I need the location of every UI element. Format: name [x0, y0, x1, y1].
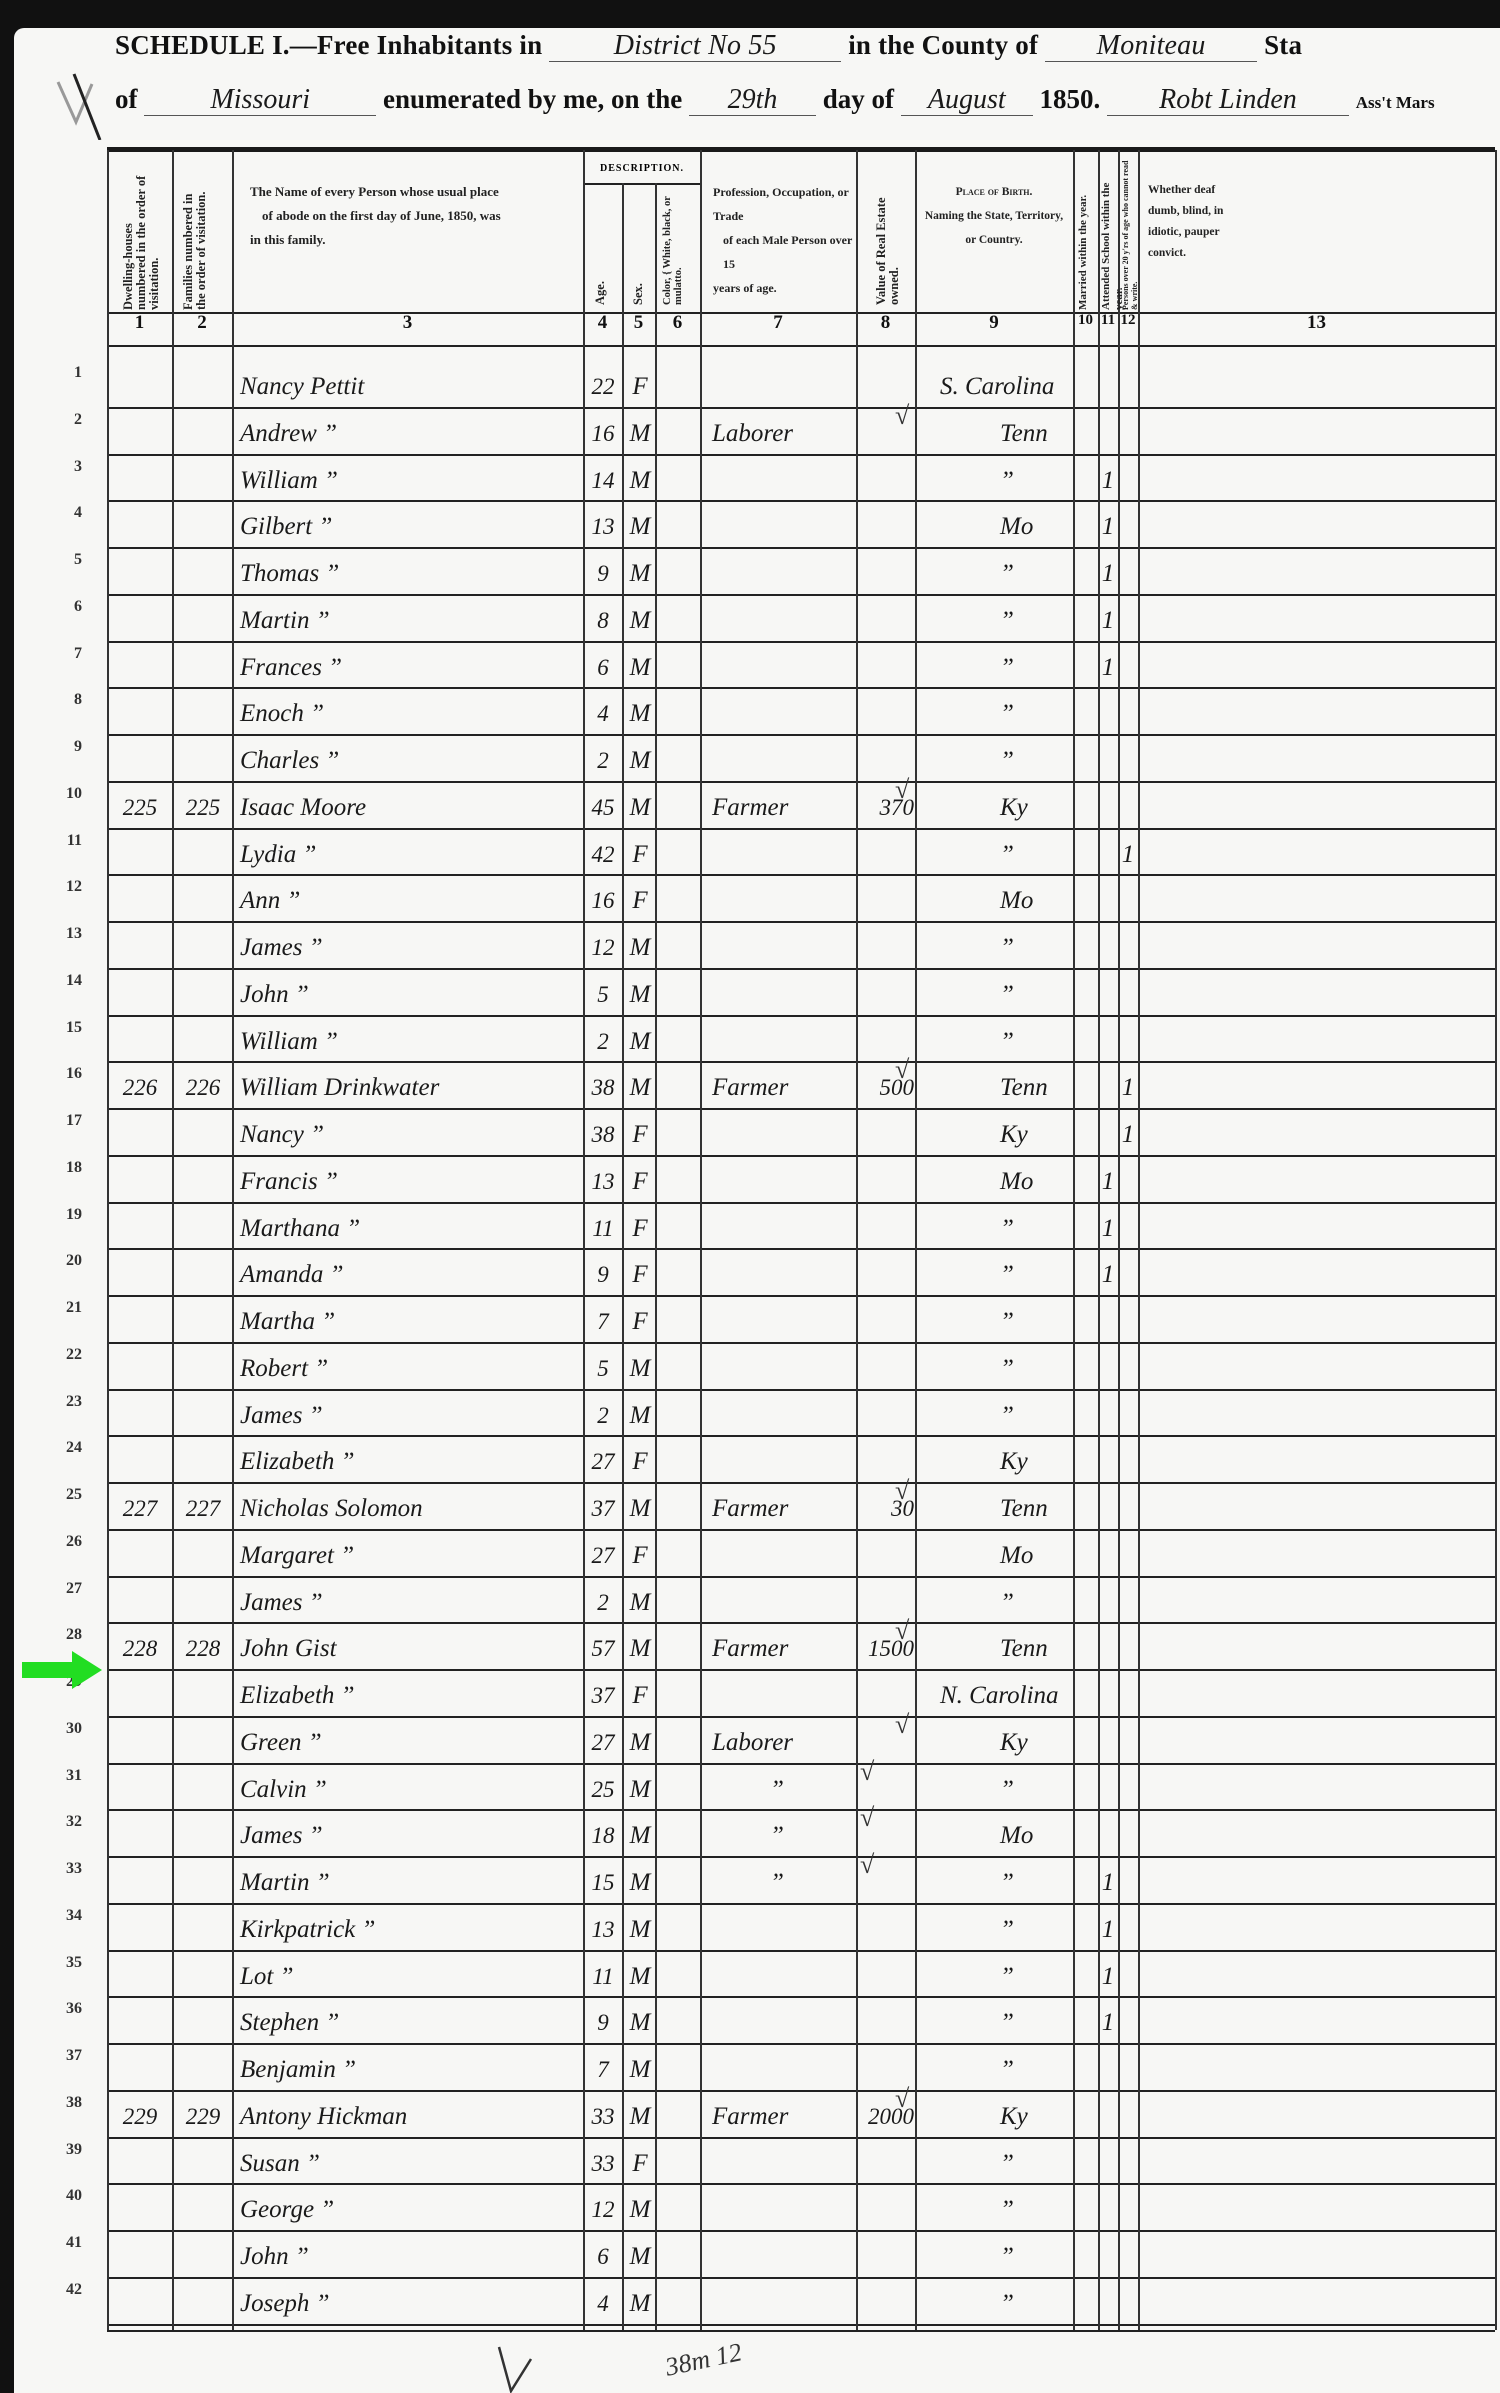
- sex: M: [624, 1634, 656, 1664]
- age: 16: [585, 419, 621, 449]
- line-number: 8: [40, 691, 82, 709]
- school-mark: 1: [1098, 1214, 1118, 1244]
- line-number: 32: [40, 1813, 82, 1831]
- line-number: 24: [40, 1439, 82, 1457]
- column-number: 4: [583, 312, 622, 334]
- birthplace: Ky: [1000, 1728, 1150, 1758]
- line-number: 31: [40, 1767, 82, 1785]
- birthplace: ”: [1000, 1307, 1150, 1337]
- birthplace: ”: [1000, 2055, 1150, 2085]
- day-of-label: day of: [823, 84, 894, 114]
- sex: F: [624, 1260, 656, 1290]
- line-number: 4: [40, 504, 82, 522]
- line-number: 13: [40, 925, 82, 943]
- occupation: ”: [712, 1868, 842, 1898]
- line-number: 23: [40, 1393, 82, 1411]
- person-name: Calvin ”: [240, 1775, 580, 1805]
- person-name: Joseph ”: [240, 2289, 580, 2319]
- school-mark: 1: [1098, 1915, 1118, 1945]
- person-name: John Gist: [240, 1634, 580, 1664]
- x-mark-icon: [50, 60, 110, 140]
- sex: F: [624, 840, 656, 870]
- col9-header: Place of Birth. Naming the State, Territ…: [915, 180, 1073, 252]
- column-number: 12: [1118, 312, 1138, 329]
- year-label: 1850.: [1039, 84, 1100, 114]
- age: 14: [585, 466, 621, 496]
- rule-line: [107, 147, 1495, 152]
- person-name: Francis ”: [240, 1167, 580, 1197]
- rule-line: [107, 1248, 1495, 1250]
- rule-line: [107, 1716, 1495, 1718]
- age: 15: [585, 1868, 621, 1898]
- line-number: 40: [40, 2187, 82, 2205]
- checkmark-icon: √: [860, 1850, 874, 1880]
- birthplace: ”: [1000, 1027, 1150, 1057]
- column-line: [107, 150, 109, 2330]
- school-mark: 1: [1098, 2008, 1118, 2038]
- rule-line: [107, 641, 1495, 643]
- sex: M: [624, 559, 656, 589]
- rule-line: [107, 1295, 1495, 1297]
- col13-header: Whether deaf dumb, blind, in idiotic, pa…: [1148, 180, 1258, 264]
- county-field: Moniteau: [1045, 31, 1257, 62]
- person-name: Frances ”: [240, 653, 580, 683]
- person-name: James ”: [240, 1588, 580, 1618]
- birthplace: ”: [1000, 2289, 1150, 2319]
- sex: M: [624, 466, 656, 496]
- birthplace: ”: [1000, 1401, 1150, 1431]
- age: 11: [585, 1962, 621, 1992]
- person-name: Lydia ”: [240, 840, 580, 870]
- age: 2: [585, 1401, 621, 1431]
- marshal-label: Ass't Mars: [1356, 93, 1435, 112]
- age: 6: [585, 2242, 621, 2272]
- column-line: [700, 150, 702, 2330]
- person-name: Isaac Moore: [240, 793, 580, 823]
- school-mark: 1: [1098, 606, 1118, 636]
- dwelling-number: 225: [110, 793, 170, 823]
- occupation: ”: [712, 1775, 842, 1805]
- rule-line: [107, 1015, 1495, 1017]
- line-number: 25: [40, 1486, 82, 1504]
- column-number: 11: [1098, 312, 1118, 329]
- line-number: 20: [40, 1252, 82, 1270]
- line-number: 2: [40, 411, 82, 429]
- column-line: [856, 150, 858, 2330]
- person-name: Nicholas Solomon: [240, 1494, 580, 1524]
- age: 13: [585, 1167, 621, 1197]
- rule-line: [107, 921, 1495, 923]
- sex: F: [624, 886, 656, 916]
- district-field: District No 55: [549, 31, 841, 62]
- column-line: [232, 150, 234, 2330]
- state-field: Missouri: [144, 85, 376, 116]
- age: 45: [585, 793, 621, 823]
- line-number: 36: [40, 2000, 82, 2018]
- age: 27: [585, 1541, 621, 1571]
- rule-line: [107, 1809, 1495, 1811]
- line-number: 21: [40, 1299, 82, 1317]
- family-number: 228: [174, 1634, 232, 1664]
- checkmark-icon: √: [860, 1757, 874, 1787]
- age: 4: [585, 699, 621, 729]
- col2-header: Families numbered in the order of visita…: [182, 175, 208, 310]
- birthplace: Mo: [1000, 886, 1150, 916]
- rule-line: [107, 1108, 1495, 1110]
- rule-line: [107, 828, 1495, 830]
- line-number: 28: [40, 1626, 82, 1644]
- checkmark-icon: √: [895, 1055, 909, 1085]
- person-name: Amanda ”: [240, 1260, 580, 1290]
- person-name: Elizabeth ”: [240, 1447, 580, 1477]
- person-name: Gilbert ”: [240, 512, 580, 542]
- line-number: 5: [40, 551, 82, 569]
- rule-line: [107, 968, 1495, 970]
- birthplace: Mo: [1000, 1821, 1150, 1851]
- person-name: Nancy ”: [240, 1120, 580, 1150]
- dwelling-number: 227: [110, 1494, 170, 1524]
- sex: M: [624, 606, 656, 636]
- rule-line: [107, 1763, 1495, 1765]
- sex: F: [624, 2149, 656, 2179]
- sex: F: [624, 1447, 656, 1477]
- age: 37: [585, 1494, 621, 1524]
- sex: F: [624, 1541, 656, 1571]
- person-name: William Drinkwater: [240, 1073, 580, 1103]
- age: 42: [585, 840, 621, 870]
- rule-line: [107, 2137, 1495, 2139]
- person-name: Nancy Pettit: [240, 372, 580, 402]
- age: 13: [585, 512, 621, 542]
- col6-header: Color, { White, black, or mulatto.: [662, 190, 684, 305]
- line-number: 42: [40, 2281, 82, 2299]
- birthplace: Tenn: [1000, 1494, 1150, 1524]
- age: 22: [585, 372, 621, 402]
- rule-line: [107, 1342, 1495, 1344]
- person-name: Green ”: [240, 1728, 580, 1758]
- illiterate-mark: 1: [1118, 1120, 1138, 1150]
- sex: F: [624, 1167, 656, 1197]
- title-line-1: SCHEDULE I.—Free Inhabitants in District…: [115, 30, 1302, 62]
- col8-header: Value of Real Estate owned.: [875, 170, 901, 305]
- rule-line: [107, 687, 1495, 689]
- sex: F: [624, 1120, 656, 1150]
- column-number: 7: [700, 312, 856, 334]
- rule-line: [107, 1856, 1495, 1858]
- family-number: 225: [174, 793, 232, 823]
- occupation: Laborer: [712, 419, 842, 449]
- age: 6: [585, 653, 621, 683]
- age: 9: [585, 2008, 621, 2038]
- column-line: [1495, 150, 1497, 2330]
- person-name: Benjamin ”: [240, 2055, 580, 2085]
- line-number: 39: [40, 2141, 82, 2159]
- birthplace: Ky: [1000, 2102, 1150, 2132]
- person-name: Andrew ”: [240, 419, 580, 449]
- person-name: John ”: [240, 980, 580, 1010]
- line-number: 1: [40, 364, 82, 382]
- age: 9: [585, 559, 621, 589]
- birthplace: ”: [1000, 559, 1150, 589]
- column-line: [172, 150, 174, 2330]
- sex: M: [624, 980, 656, 1010]
- birthplace: ”: [1000, 1260, 1150, 1290]
- person-name: Margaret ”: [240, 1541, 580, 1571]
- school-mark: 1: [1098, 559, 1118, 589]
- sex: M: [624, 699, 656, 729]
- school-mark: 1: [1098, 512, 1118, 542]
- rule-line: [107, 594, 1495, 596]
- birthplace: ”: [1000, 1868, 1150, 1898]
- age: 33: [585, 2149, 621, 2179]
- census-page: [14, 28, 1500, 2393]
- of-label: of: [115, 84, 138, 114]
- sex: M: [624, 1401, 656, 1431]
- sex: M: [624, 1775, 656, 1805]
- column-number: 1: [107, 312, 172, 334]
- age: 37: [585, 1681, 621, 1711]
- line-number: 17: [40, 1112, 82, 1130]
- family-number: 227: [174, 1494, 232, 1524]
- birthplace: Mo: [1000, 1541, 1150, 1571]
- person-name: James ”: [240, 1821, 580, 1851]
- month-field: August: [901, 85, 1033, 116]
- birthplace: Mo: [1000, 512, 1150, 542]
- line-number: 16: [40, 1065, 82, 1083]
- person-name: Stephen ”: [240, 2008, 580, 2038]
- line-number: 3: [40, 458, 82, 476]
- checkmark-icon: √: [895, 1476, 909, 1506]
- occupation: ”: [712, 1821, 842, 1851]
- line-number: 26: [40, 1533, 82, 1551]
- line-number: 34: [40, 1907, 82, 1925]
- line-number: 30: [40, 1720, 82, 1738]
- birthplace: ”: [1000, 746, 1150, 776]
- rule-line: [107, 874, 1495, 876]
- sex: M: [624, 1868, 656, 1898]
- sex: M: [624, 1494, 656, 1524]
- family-number: 229: [174, 2102, 232, 2132]
- line-number: 9: [40, 738, 82, 756]
- column-number: 13: [1138, 312, 1495, 334]
- person-name: Antony Hickman: [240, 2102, 580, 2132]
- occupation: Farmer: [712, 793, 842, 823]
- column-number: 3: [232, 312, 583, 334]
- person-name: Susan ”: [240, 2149, 580, 2179]
- birthplace: ”: [1000, 2242, 1150, 2272]
- birthplace: ”: [1000, 1915, 1150, 1945]
- age: 12: [585, 933, 621, 963]
- line-number: 19: [40, 1206, 82, 1224]
- column-number: 9: [915, 312, 1073, 334]
- person-name: Martha ”: [240, 1307, 580, 1337]
- rule-line: [107, 734, 1495, 736]
- sex: F: [624, 1214, 656, 1244]
- person-name: George ”: [240, 2195, 580, 2225]
- person-name: John ”: [240, 2242, 580, 2272]
- checkmark-icon: √: [895, 1616, 909, 1646]
- rule-line: [107, 2090, 1495, 2092]
- line-number: 38: [40, 2094, 82, 2112]
- occupation: Laborer: [712, 1728, 842, 1758]
- age: 2: [585, 1588, 621, 1618]
- age: 27: [585, 1447, 621, 1477]
- rule-line: [107, 2043, 1495, 2045]
- sex: M: [624, 793, 656, 823]
- rule-line: [583, 183, 700, 185]
- person-name: Martin ”: [240, 1868, 580, 1898]
- line-number: 15: [40, 1019, 82, 1037]
- checkmark-icon: √: [895, 2084, 909, 2114]
- column-number: 6: [655, 312, 700, 334]
- birthplace: ”: [1000, 1775, 1150, 1805]
- checkmark-icon: √: [860, 1803, 874, 1833]
- birthplace: ”: [1000, 1962, 1150, 1992]
- birthplace: Tenn: [1000, 419, 1150, 449]
- rule-line: [107, 1903, 1495, 1905]
- line-number: 7: [40, 645, 82, 663]
- birthplace: ”: [1000, 1588, 1150, 1618]
- occupation: Farmer: [712, 1634, 842, 1664]
- title-line-2: of Missouri enumerated by me, on the 29t…: [115, 84, 1435, 116]
- rule-line: [107, 547, 1495, 549]
- day-field: 29th: [689, 85, 816, 116]
- birthplace: ”: [1000, 2195, 1150, 2225]
- line-number: 35: [40, 1954, 82, 1972]
- birthplace: ”: [1000, 2008, 1150, 2038]
- sex: F: [624, 1307, 656, 1337]
- line-number: 37: [40, 2047, 82, 2065]
- col10-header: Married within the year.: [1077, 160, 1090, 310]
- age: 12: [585, 2195, 621, 2225]
- rule-line: [107, 1061, 1495, 1063]
- illiterate-mark: 1: [1118, 1073, 1138, 1103]
- birthplace: Mo: [1000, 1167, 1150, 1197]
- highlight-arrow-icon: [22, 1651, 102, 1689]
- county-label: in the County of: [848, 30, 1038, 60]
- line-number: 10: [40, 785, 82, 803]
- rule-line: [107, 2324, 1495, 2326]
- sex: M: [624, 419, 656, 449]
- state-label: Sta: [1264, 30, 1302, 60]
- age: 8: [585, 606, 621, 636]
- school-mark: 1: [1098, 1167, 1118, 1197]
- rule-line: [107, 500, 1495, 502]
- birthplace: N. Carolina: [940, 1681, 1090, 1711]
- birthplace: ”: [1000, 699, 1150, 729]
- line-number: 22: [40, 1346, 82, 1364]
- person-name: James ”: [240, 1401, 580, 1431]
- school-mark: 1: [1098, 1868, 1118, 1898]
- column-number: 8: [856, 312, 915, 334]
- col12-header: Persons over 20 y'rs of age who cannot r…: [1121, 160, 1139, 310]
- birthplace: ”: [1000, 466, 1150, 496]
- sex: M: [624, 746, 656, 776]
- age: 57: [585, 1634, 621, 1664]
- column-number: 2: [172, 312, 232, 334]
- age: 16: [585, 886, 621, 916]
- age: 2: [585, 1027, 621, 1057]
- age: 2: [585, 746, 621, 776]
- sex: M: [624, 2289, 656, 2319]
- description-group-label: DESCRIPTION.: [600, 163, 684, 174]
- column-line: [915, 150, 917, 2330]
- age: 27: [585, 1728, 621, 1758]
- line-number: 6: [40, 598, 82, 616]
- person-name: William ”: [240, 466, 580, 496]
- age: 9: [585, 1260, 621, 1290]
- line-number: 11: [40, 832, 82, 850]
- line-number: 14: [40, 972, 82, 990]
- dwelling-number: 228: [110, 1634, 170, 1664]
- person-name: Robert ”: [240, 1354, 580, 1384]
- rule-line: [107, 2330, 1495, 2332]
- birthplace: Ky: [1000, 1447, 1150, 1477]
- age: 38: [585, 1073, 621, 1103]
- sex: F: [624, 372, 656, 402]
- sex: M: [624, 2242, 656, 2272]
- rule-line: [107, 1155, 1495, 1157]
- rule-line: [107, 407, 1495, 409]
- sex: F: [624, 1681, 656, 1711]
- person-name: Lot ”: [240, 1962, 580, 1992]
- age: 4: [585, 2289, 621, 2319]
- age: 5: [585, 1354, 621, 1384]
- column-number: 5: [622, 312, 655, 334]
- person-name: Ann ”: [240, 886, 580, 916]
- sex: M: [624, 512, 656, 542]
- person-name: Charles ”: [240, 746, 580, 776]
- col5-header: Sex.: [632, 265, 645, 305]
- sex: M: [624, 2055, 656, 2085]
- sex: M: [624, 1588, 656, 1618]
- school-mark: 1: [1098, 466, 1118, 496]
- birthplace: ”: [1000, 933, 1150, 963]
- occupation: Farmer: [712, 1494, 842, 1524]
- col3-header: The Name of every Person whose usual pla…: [250, 180, 580, 252]
- person-name: Elizabeth ”: [240, 1681, 580, 1711]
- line-number: 33: [40, 1860, 82, 1878]
- family-number: 226: [174, 1073, 232, 1103]
- rule-line: [107, 1482, 1495, 1484]
- column-number: 10: [1073, 312, 1098, 329]
- birthplace: ”: [1000, 980, 1150, 1010]
- person-name: James ”: [240, 933, 580, 963]
- person-name: Thomas ”: [240, 559, 580, 589]
- col7-header: Profession, Occupation, or Trade of each…: [713, 180, 863, 300]
- illiterate-mark: 1: [1118, 840, 1138, 870]
- checkmark-icon: √: [895, 1710, 909, 1740]
- occupation: Farmer: [712, 2102, 842, 2132]
- birthplace: Tenn: [1000, 1634, 1150, 1664]
- col4-header: Age.: [594, 265, 607, 305]
- rule-line: [107, 1996, 1495, 1998]
- age: 18: [585, 1821, 621, 1851]
- line-number: 27: [40, 1580, 82, 1598]
- person-name: Kirkpatrick ”: [240, 1915, 580, 1945]
- rule-line: [107, 1202, 1495, 1204]
- rule-line: [107, 2277, 1495, 2279]
- occupation: Farmer: [712, 1073, 842, 1103]
- line-number: 18: [40, 1159, 82, 1177]
- rule-line: [107, 1529, 1495, 1531]
- sex: M: [624, 2008, 656, 2038]
- sex: M: [624, 2195, 656, 2225]
- sex: M: [624, 1962, 656, 1992]
- sex: M: [624, 2102, 656, 2132]
- rule-line: [107, 345, 1495, 347]
- age: 38: [585, 1120, 621, 1150]
